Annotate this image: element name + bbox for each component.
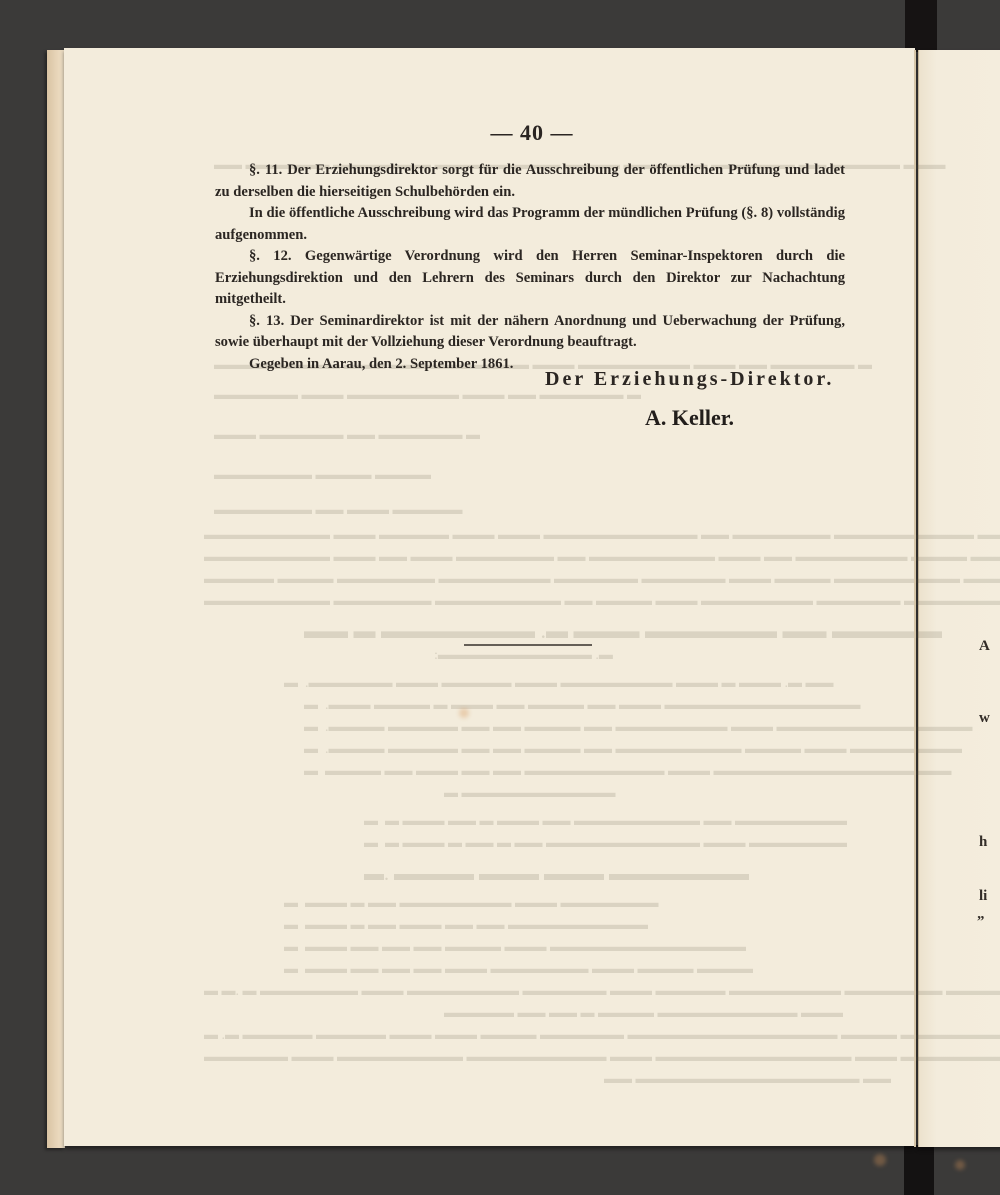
- paragraph-text: Gegeben in Aarau, den 2. September 1861.: [249, 356, 513, 372]
- bleed-through-text: ▬▬▬▬▬▬▬▬▬▬▬▬▬ ▬▬▬▬ ▬▬▬▬▬▬▬▬▬▬▬▬▬▬▬ ▬▬▬▬▬…: [204, 1028, 1000, 1044]
- signature-title: Der Erziehungs-Direktor.: [545, 368, 834, 391]
- paragraph-text: Der Erziehungsdirektor sorgt für die Aus…: [215, 162, 845, 200]
- bleed-through-text: ▬▬▬▬▬▬▬▬▬▬▬▬ ▬▬▬ ▬▬▬▬ ▬▬▬▬▬▬▬▬ ▬▬ ▬▬▬ ▬▬…: [204, 550, 1000, 566]
- bleed-through-text: ▬▬▬▬ ▬▬▬▬ ▬▬▬▬▬▬▬: [214, 468, 431, 484]
- bleed-through-text: ▬▬ ▬▬▬▬▬▬▬▬▬▬▬▬▬▬▬▬ ▬▬: [604, 1072, 891, 1088]
- bookmark-ribbon-bottom: [904, 1145, 934, 1195]
- paper-stain: [459, 708, 469, 718]
- bleed-through-text: ▬▬▬▬▬▬▬▬▬▬▬▬▬▬▬▬▬ ▬▬▬ ▬▬▬▬▬▬▬▬▬▬ ▬▬ ▬▬ ▬…: [304, 764, 952, 780]
- paper-stain: [955, 1160, 965, 1170]
- bleed-through-text: ▬ ▬▬▬▬▬▬ ▬▬ ▬▬▬▬▬▬ ▬▬▬: [214, 428, 480, 444]
- bleed-through-text: ▬▬▬ ▬▬▬▬▬▬▬▬▬▬▬ ▬▬▬ ▬▬▬▬▬▬▬▬▬▬▬▬▬▬ ▬▬▬ ▬…: [204, 1050, 1000, 1066]
- bleed-through-text: ▬▬▬▬▬▬▬▬ ▬▬▬ ▬▬▬▬ ▬▬▬▬▬▬▬▬▬ ▬▬ ▬▬▬▬ ▬▬ ▬…: [304, 742, 962, 758]
- bleed-through-text: ▬ ▬. ▬▬▬▬ ▬▬▬ ▬▬▬▬▬▬▬▬▬▬ ▬▬▬▬▬▬▬ ▬▬ ▬▬▬▬…: [204, 528, 1000, 544]
- section-marker: §. 12.: [249, 248, 292, 264]
- bleed-through-text: ▬▬▬▬▬▬▬ ▬▬▬ ▬▬▬▬▬▬▬▬▬▬▬ ▬▬ ▬ ▬▬ ▬ ▬▬▬ ▬ …: [364, 836, 847, 852]
- bleed-through-text: ▬▬▬▬▬▬▬▬▬▬▬▬▬▬ ▬▬▬ ▬▬▬▬▬▬▬▬ ▬▬ ▬▬▬▬ ▬▬ ▬…: [304, 720, 973, 736]
- paragraph-text: Der Seminardirektor ist mit der nähern A…: [215, 313, 845, 351]
- paragraph-section-13: §. 13. Der Seminardirektor ist mit der n…: [215, 311, 845, 354]
- section-marker: §. 13.: [249, 313, 284, 329]
- bleed-through-text: ▬▬▬▬▬▬▬▬▬▬▬▬▬▬ ▬▬▬ ▬▬▬▬ ▬▬ ▬▬ ▬▬ ▬▬▬ ▬: [284, 940, 746, 956]
- bleed-through-text: ▬▬▬▬▬▬ ▬▬▬ ▬▬▬▬▬▬▬▬▬ ▬▬▬▬ ▬▬▬ ▬▬▬▬▬▬ ▬▬▬…: [204, 572, 1000, 588]
- paragraph-program: In die öffentliche Ausschreibung wird da…: [215, 203, 845, 246]
- bleed-through-text: ▬▬▬▬▬▬▬▬ ▬▬ ▬▬▬▬▬▬▬▬▬ ▬▬ ▬▬▬ ▬ ▬▬ ▬▬▬ ▬ …: [364, 814, 847, 830]
- bleed-through-text: ▬▬▬▬▬▬▬▬▬▬▬▬▬▬ ▬▬▬ ▬▬ ▬▬▬▬ ▬▬ ▬▬▬ ▬ ▬▬▬▬…: [304, 698, 861, 714]
- bleed-through-text: ▬▬▬▬▬ ▬▬ ▬▬▬▬▬▬ ▬▬▬ ▬. ▬▬▬▬▬▬▬ ▬ ▬▬: [304, 618, 942, 644]
- page-number: — 40 —: [480, 120, 584, 146]
- right-page-glyph: li: [979, 888, 987, 905]
- bleed-through-text: ▬▬▬▬▬▬▬ ▬▬▬ ▬▬▬▬▬▬▬▬ ▬▬ ▬ ▬▬▬ ▬: [284, 896, 659, 912]
- bleed-through-text: ▬▬▬▬▬▬▬▬▬▬ ▬▬ ▬▬ ▬▬▬ ▬▬ ▬ ▬▬▬ ▬: [284, 918, 648, 934]
- paper-stain: [874, 1154, 886, 1166]
- section-marker: §. 11.: [249, 162, 282, 178]
- bleed-through-text: ▬▬▬▬▬ ▬▬▬ ▬▬ ▬▬▬▬▬▬▬: [214, 503, 463, 519]
- bleed-through-text: ▬. ▬. ▬▬▬ ▬▬▬▬▬▬▬▬▬ ▬▬▬▬▬▬▬▬▬ ▬▬▬▬▬▬ ▬▬▬…: [204, 594, 1000, 610]
- bleed-through-text: ▬▬▬▬▬▬▬ ▬▬▬ ▬▬▬ ▬▬▬▬ .▬: [364, 863, 749, 886]
- signature-name: A. Keller.: [645, 405, 734, 431]
- body-text: §. 11. Der Erziehungsdirektor sorgt für …: [215, 160, 845, 375]
- bleed-through-text: ▬▬ ▬. ▬▬▬ ▬ ▬▬▬ ▬▬▬▬▬▬▬▬ ▬▬▬ ▬▬▬▬▬ ▬▬▬ ▬…: [284, 676, 834, 692]
- bleed-through-text: ▬▬▬ ▬▬▬▬▬▬▬▬▬▬ ▬▬▬▬ ▬ ▬▬ ▬▬ ▬▬▬▬▬: [444, 1006, 843, 1022]
- bleed-through-text: ▬▬▬▬▬▬▬▬▬▬▬ ▬: [444, 786, 616, 802]
- bleed-through-text: ▬▬ ▬▬▬ ▬▬▬▬▬ ▬▬▬▬▬▬▬ ▬▬▬▬▬▬▬▬ ▬▬▬▬▬ ▬▬▬ …: [204, 984, 1000, 1000]
- paragraph-text: In die öffentliche Ausschreibung wird da…: [215, 205, 845, 243]
- book-gutter: [914, 50, 916, 1147]
- bleed-through-text: ▬. ▬▬▬▬▬▬▬▬▬▬▬:: [434, 648, 613, 664]
- paragraph-section-11: §. 11. Der Erziehungsdirektor sorgt für …: [215, 160, 845, 203]
- bookmark-ribbon-top: [905, 0, 937, 52]
- paragraph-text: Gegenwärtige Verordnung wird den Herren …: [215, 248, 845, 307]
- page-edge: [47, 50, 65, 1148]
- right-page-glyph: w: [979, 710, 990, 727]
- bleed-through-text: ▬▬▬▬ ▬▬▬▬ ▬▬▬ ▬▬▬▬▬▬▬ ▬▬▬ ▬▬ ▬▬ ▬▬ ▬▬▬ ▬: [284, 962, 753, 978]
- right-page-glyph: „: [977, 906, 985, 923]
- section-rule: [464, 644, 592, 646]
- right-page-glyph: h: [979, 834, 987, 851]
- paragraph-section-12: §. 12. Gegenwärtige Verordnung wird den …: [215, 246, 845, 311]
- right-page-glyph: A: [979, 638, 990, 655]
